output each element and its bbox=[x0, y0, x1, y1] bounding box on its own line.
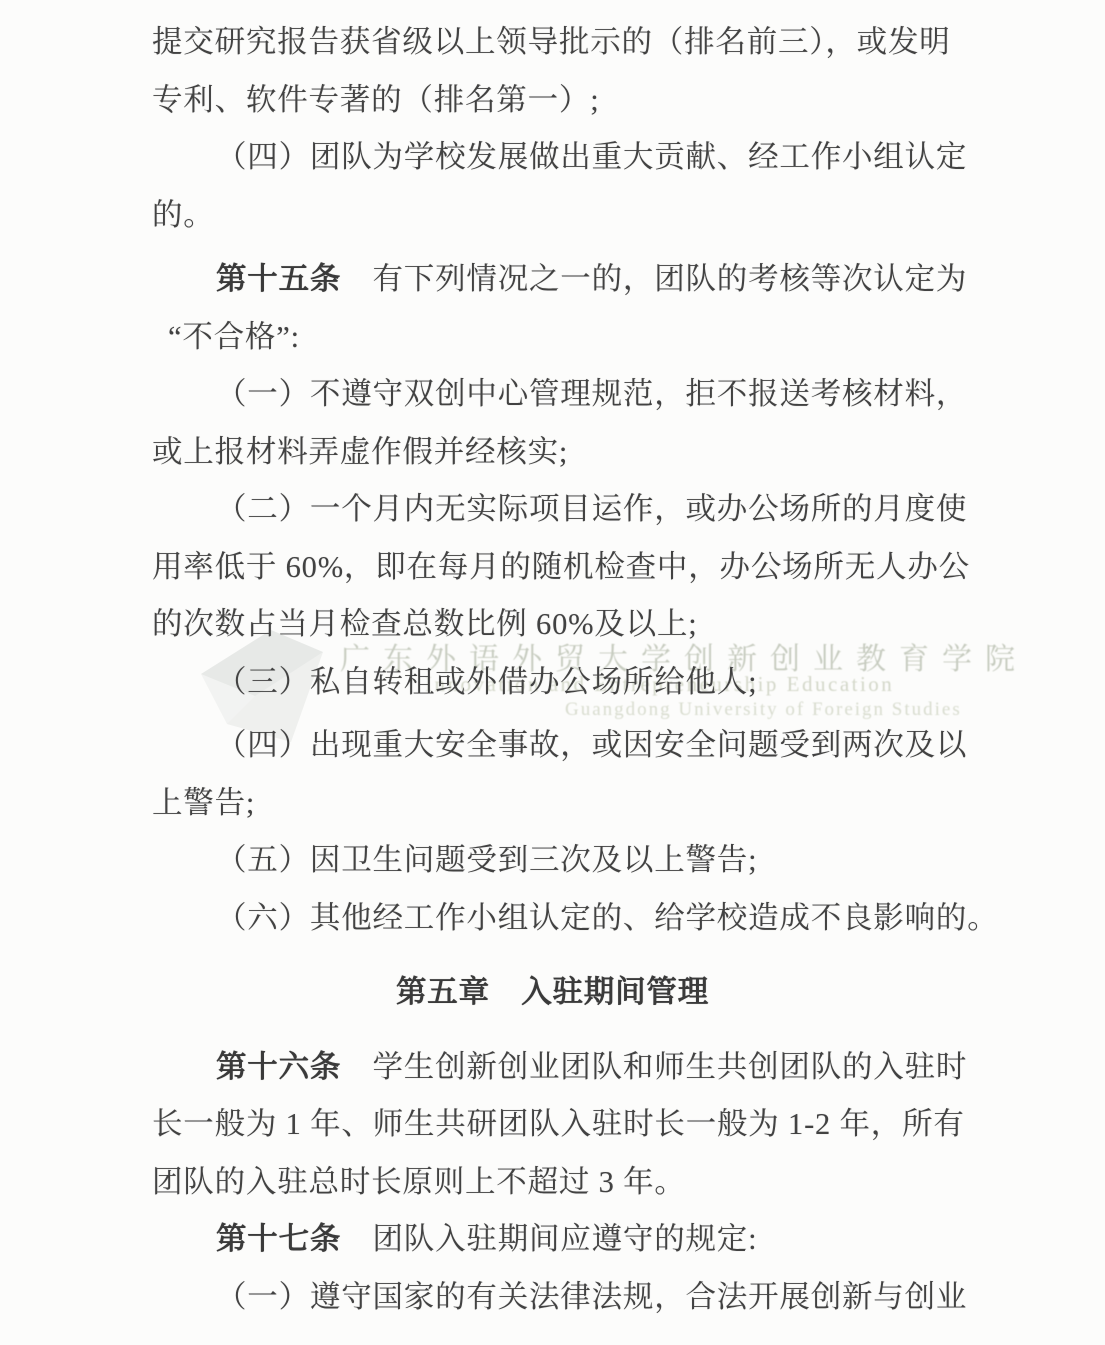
body-line: 上警告; bbox=[152, 775, 1105, 833]
line-text: 团队的入驻总时长原则上不超过 3 年。 bbox=[152, 1165, 686, 1199]
article-number: 第十六条 bbox=[216, 1050, 341, 1084]
line-text: （四）出现重大安全事故，或因安全问题受到两次及以 bbox=[216, 728, 967, 762]
list-item-line: （四）团队为学校发展做出重大贡献、经工作小组认定 bbox=[216, 129, 1105, 187]
line-text: 上警告; bbox=[152, 786, 255, 820]
chapter-title: 第五章 入驻期间管理 bbox=[396, 975, 709, 1009]
list-item-line: （四）出现重大安全事故，或因安全问题受到两次及以 bbox=[216, 717, 1105, 775]
line-text: （三）私自转租或外借办公场所给他人; bbox=[216, 665, 757, 699]
body-line: “不合格”: bbox=[168, 309, 1105, 367]
line-text: （四）团队为学校发展做出重大贡献、经工作小组认定 bbox=[216, 140, 967, 174]
body-line: 用率低于 60%，即在每月的随机检查中，办公场所无人办公 bbox=[152, 539, 1105, 597]
article-16-line: 第十六条 学生创新创业团队和师生共创团队的入驻时 bbox=[216, 1039, 1105, 1097]
list-item-line: （二）一个月内无实际项目运作，或办公场所的月度使 bbox=[216, 481, 1105, 539]
body-line: 提交研究报告获省级以上领导批示的（排名前三），或发明 bbox=[152, 14, 1105, 72]
line-text: 用率低于 60%，即在每月的随机检查中，办公场所无人办公 bbox=[152, 550, 970, 584]
line-text: （一）不遵守双创中心管理规范，拒不报送考核材料， bbox=[216, 377, 967, 411]
list-item-line: （一）不遵守双创中心管理规范，拒不报送考核材料， bbox=[216, 366, 1105, 424]
body-line: 专利、软件专著的（排名第一）; bbox=[152, 72, 1105, 130]
line-text: 或上报材料弄虚作假并经核实; bbox=[152, 435, 568, 469]
body-line: 长一般为 1 年、师生共研团队入驻时长一般为 1-2 年，所有 bbox=[152, 1096, 1105, 1154]
article-17-line: 第十七条 团队入驻期间应遵守的规定: bbox=[216, 1211, 1105, 1269]
line-text: 团队入驻期间应遵守的规定: bbox=[341, 1222, 757, 1256]
chapter-heading: 第五章 入驻期间管理 bbox=[0, 964, 1105, 1022]
line-text: 提交研究报告获省级以上领导批示的（排名前三），或发明 bbox=[152, 25, 951, 59]
line-text: 长一般为 1 年、师生共研团队入驻时长一般为 1-2 年，所有 bbox=[152, 1107, 965, 1141]
line-text: 学生创新创业团队和师生共创团队的入驻时 bbox=[341, 1050, 967, 1084]
line-text: 专利、软件专著的（排名第一）; bbox=[152, 83, 599, 117]
line-text: 的。 bbox=[152, 198, 215, 232]
list-item-line: （一）遵守国家的有关法律法规，合法开展创新与创业 bbox=[216, 1269, 1105, 1327]
body-line: 的。 bbox=[152, 187, 1105, 245]
article-15-line: 第十五条 有下列情况之一的，团队的考核等次认定为 bbox=[216, 251, 1105, 309]
article-number: 第十七条 bbox=[216, 1222, 341, 1256]
line-text: 有下列情况之一的，团队的考核等次认定为 bbox=[341, 262, 967, 296]
list-item-line: （三）私自转租或外借办公场所给他人; bbox=[216, 654, 1105, 712]
body-line: 或上报材料弄虚作假并经核实; bbox=[152, 424, 1105, 482]
list-item-line: （五）因卫生问题受到三次及以上警告; bbox=[216, 832, 1105, 890]
line-text: （六）其他经工作小组认定的、给学校造成不良影响的。 bbox=[216, 901, 999, 935]
article-number: 第十五条 bbox=[216, 262, 341, 296]
line-text: （一）遵守国家的有关法律法规，合法开展创新与创业 bbox=[216, 1280, 967, 1314]
line-text: （五）因卫生问题受到三次及以上警告; bbox=[216, 843, 757, 877]
document-body: 提交研究报告获省级以上领导批示的（排名前三），或发明 专利、软件专著的（排名第一… bbox=[0, 0, 1105, 1326]
list-item-line: （六）其他经工作小组认定的、给学校造成不良影响的。 bbox=[216, 890, 1105, 948]
body-line: 团队的入驻总时长原则上不超过 3 年。 bbox=[152, 1154, 1105, 1212]
body-line: 的次数占当月检查总数比例 60%及以上; bbox=[152, 596, 1105, 654]
line-text: “不合格”: bbox=[168, 320, 300, 354]
line-text: 的次数占当月检查总数比例 60%及以上; bbox=[152, 607, 698, 641]
document-page: { "page": { "background_color": "#fcfcfb… bbox=[0, 0, 1105, 1345]
line-text: （二）一个月内无实际项目运作，或办公场所的月度使 bbox=[216, 492, 967, 526]
